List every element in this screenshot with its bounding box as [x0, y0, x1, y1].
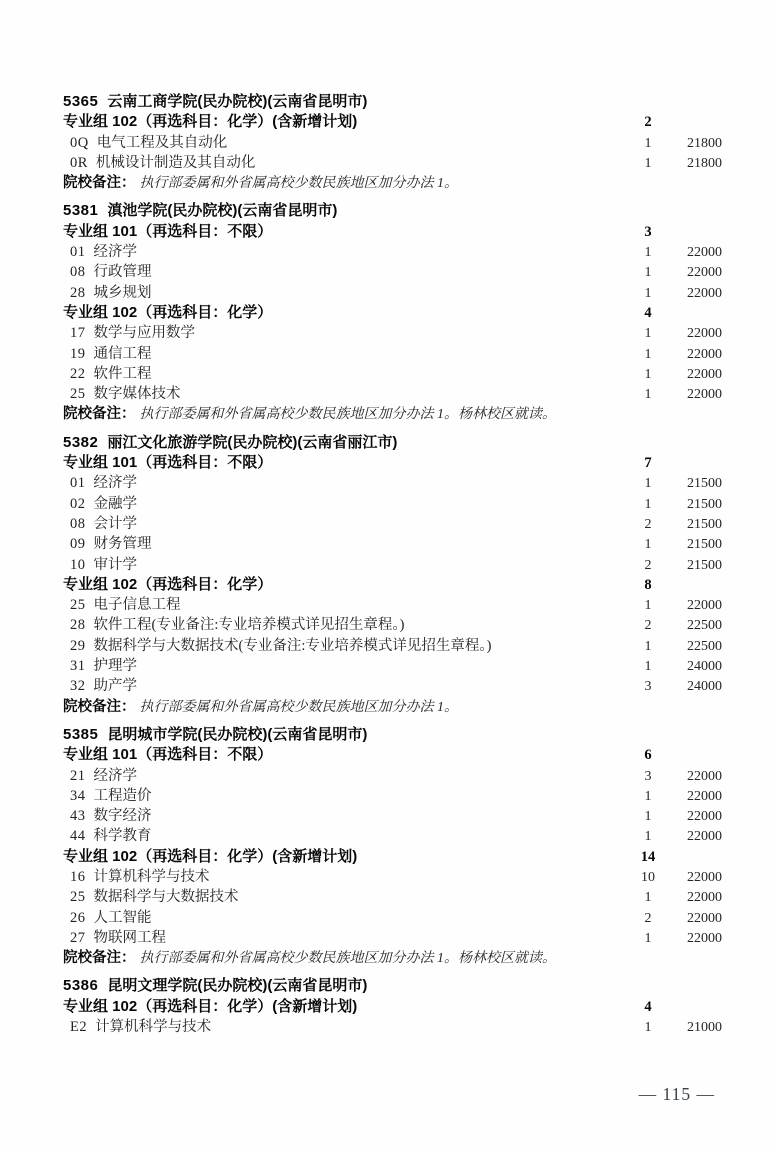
major-code: 19 — [70, 346, 86, 362]
major-row: 17数学与应用数学122000 — [63, 323, 722, 343]
major-code: 08 — [70, 264, 86, 280]
major-name-cell: 01经济学 — [63, 242, 628, 262]
major-row: 29数据科学与大数据技术(专业备注:专业培养模式详见招生章程。)122500 — [63, 636, 722, 656]
school-code: 5382 — [63, 433, 98, 453]
school-name: 丽江文化旅游学院(民办院校)(云南省丽江市) — [107, 433, 722, 453]
major-plan-count: 3 — [628, 767, 668, 787]
major-name-cell: 0Q电气工程及其自动化 — [63, 133, 628, 153]
major-name-cell: 44科学教育 — [63, 826, 628, 846]
remark-text: 执行部委属和外省属高校少数民族地区加分办法 1。 — [140, 698, 459, 718]
major-name-cell: 32助产学 — [63, 676, 628, 696]
major-name: 行政管理 — [94, 264, 152, 280]
major-name: 科学教育 — [94, 828, 152, 844]
school-name: 昆明文理学院(民办院校)(云南省昆明市) — [107, 976, 722, 996]
major-plan-count: 1 — [628, 827, 668, 847]
major-tuition-fee: 21800 — [668, 134, 722, 154]
group-plan-total: 14 — [628, 847, 668, 867]
major-code: 44 — [70, 828, 86, 844]
major-code: 28 — [70, 617, 86, 633]
group-plan-total: 7 — [628, 453, 668, 473]
major-code: 34 — [70, 788, 86, 804]
major-code: 43 — [70, 808, 86, 824]
major-plan-count: 1 — [628, 807, 668, 827]
major-tuition-fee: 22000 — [668, 243, 722, 263]
major-group-label: 专业组 101（再选科目：不限） — [63, 745, 628, 765]
major-row: 44科学教育122000 — [63, 826, 722, 846]
school-remark-row: 院校备注：执行部委属和外省属高校少数民族地区加分办法 1。 — [63, 173, 722, 193]
major-row: 09财务管理121500 — [63, 534, 722, 554]
major-tuition-fee: 21500 — [668, 535, 722, 555]
major-group-row: 专业组 102（再选科目：化学）8 — [63, 575, 722, 595]
major-name: 数据科学与大数据技术(专业备注:专业培养模式详见招生章程。) — [94, 638, 492, 654]
document-page: 5365云南工商学院(民办院校)(云南省昆明市)专业组 102（再选科目：化学）… — [0, 0, 777, 1150]
major-tuition-fee: 22000 — [668, 284, 722, 304]
major-tuition-fee: 22000 — [668, 385, 722, 405]
major-plan-count: 1 — [628, 134, 668, 154]
major-tuition-fee: 24000 — [668, 657, 722, 677]
group-plan-total: 6 — [628, 745, 668, 765]
major-row: 02金融学121500 — [63, 494, 722, 514]
major-row: 28城乡规划122000 — [63, 283, 722, 303]
major-name: 城乡规划 — [94, 285, 152, 301]
school-block: 5385昆明城市学院(民办院校)(云南省昆明市)专业组 101（再选科目：不限）… — [63, 725, 722, 969]
major-group-row: 专业组 101（再选科目：不限）3 — [63, 222, 722, 242]
major-plan-count: 1 — [628, 535, 668, 555]
major-name: 机械设计制造及其自动化 — [96, 155, 256, 171]
major-group-row: 专业组 102（再选科目：化学）(含新增计划)4 — [63, 997, 722, 1017]
major-name-cell: 34工程造价 — [63, 786, 628, 806]
major-tuition-fee: 21800 — [668, 154, 722, 174]
school-code: 5381 — [63, 201, 98, 221]
major-code: 27 — [70, 930, 86, 946]
major-row: 21经济学322000 — [63, 766, 722, 786]
major-name-cell: 17数学与应用数学 — [63, 323, 628, 343]
major-row: 0R机械设计制造及其自动化121800 — [63, 153, 722, 173]
major-row: 0Q电气工程及其自动化121800 — [63, 133, 722, 153]
major-name: 助产学 — [94, 678, 138, 694]
group-plan-total: 8 — [628, 575, 668, 595]
school-header-row: 5365云南工商学院(民办院校)(云南省昆明市) — [63, 92, 722, 112]
major-row: 32助产学324000 — [63, 676, 722, 696]
major-row: 34工程造价122000 — [63, 786, 722, 806]
school-name: 滇池学院(民办院校)(云南省昆明市) — [107, 201, 722, 221]
major-code: 02 — [70, 496, 86, 512]
major-plan-count: 1 — [628, 385, 668, 405]
page-number-text: — 115 — — [639, 1084, 715, 1104]
major-row: 19通信工程122000 — [63, 344, 722, 364]
major-code: 09 — [70, 536, 86, 552]
major-group-row: 专业组 102（再选科目：化学）4 — [63, 303, 722, 323]
major-code: 25 — [70, 889, 86, 905]
major-group-label: 专业组 102（再选科目：化学）(含新增计划) — [63, 997, 628, 1017]
major-name: 工程造价 — [94, 788, 152, 804]
major-code: 08 — [70, 516, 86, 532]
major-name: 经济学 — [94, 475, 138, 491]
school-block: 5365云南工商学院(民办院校)(云南省昆明市)专业组 102（再选科目：化学）… — [63, 92, 722, 193]
major-plan-count: 1 — [628, 596, 668, 616]
major-name: 电子信息工程 — [94, 597, 181, 613]
major-name-cell: 27物联网工程 — [63, 928, 628, 948]
major-plan-count: 1 — [628, 154, 668, 174]
remark-text: 执行部委属和外省属高校少数民族地区加分办法 1。杨林校区就读。 — [140, 949, 557, 969]
major-plan-count: 1 — [628, 345, 668, 365]
group-plan-total: 2 — [628, 112, 668, 132]
major-name-cell: 01经济学 — [63, 473, 628, 493]
major-name: 会计学 — [94, 516, 138, 532]
major-name-cell: 0R机械设计制造及其自动化 — [63, 153, 628, 173]
major-name-cell: 19通信工程 — [63, 344, 628, 364]
major-plan-count: 1 — [628, 365, 668, 385]
major-name-cell: 25数字媒体技术 — [63, 384, 628, 404]
school-remark-row: 院校备注：执行部委属和外省属高校少数民族地区加分办法 1。杨林校区就读。 — [63, 404, 722, 424]
major-plan-count: 1 — [628, 888, 668, 908]
major-code: 17 — [70, 325, 86, 341]
school-name: 昆明城市学院(民办院校)(云南省昆明市) — [107, 725, 722, 745]
major-code: 28 — [70, 285, 86, 301]
major-tuition-fee: 21500 — [668, 556, 722, 576]
remark-label: 院校备注： — [63, 173, 136, 193]
major-name: 数学与应用数学 — [94, 325, 196, 341]
major-plan-count: 2 — [628, 556, 668, 576]
major-plan-count: 1 — [628, 1018, 668, 1038]
remark-label: 院校备注： — [63, 948, 136, 968]
school-block: 5381滇池学院(民办院校)(云南省昆明市)专业组 101（再选科目：不限）30… — [63, 201, 722, 424]
major-name: 软件工程(专业备注:专业培养模式详见招生章程。) — [94, 617, 405, 633]
major-tuition-fee: 22000 — [668, 767, 722, 787]
major-plan-count: 2 — [628, 616, 668, 636]
major-name-cell: 09财务管理 — [63, 534, 628, 554]
major-tuition-fee: 22000 — [668, 365, 722, 385]
major-name: 护理学 — [94, 658, 138, 674]
major-code: 25 — [70, 597, 86, 613]
major-name: 人工智能 — [94, 910, 152, 926]
major-code: 0R — [70, 155, 88, 171]
major-plan-count: 1 — [628, 495, 668, 515]
major-row: 25数据科学与大数据技术122000 — [63, 887, 722, 907]
major-name: 金融学 — [94, 496, 138, 512]
major-plan-count: 3 — [628, 677, 668, 697]
major-group-label: 专业组 102（再选科目：化学） — [63, 303, 628, 323]
major-tuition-fee: 22000 — [668, 324, 722, 344]
major-name-cell: 28软件工程(专业备注:专业培养模式详见招生章程。) — [63, 615, 628, 635]
remark-text: 执行部委属和外省属高校少数民族地区加分办法 1。杨林校区就读。 — [140, 405, 557, 425]
major-code: 01 — [70, 244, 86, 260]
admission-plan-list: 5365云南工商学院(民办院校)(云南省昆明市)专业组 102（再选科目：化学）… — [63, 92, 722, 1037]
major-name: 经济学 — [94, 244, 138, 260]
major-code: 32 — [70, 678, 86, 694]
major-code: 01 — [70, 475, 86, 491]
major-name: 财务管理 — [94, 536, 152, 552]
group-plan-total: 4 — [628, 303, 668, 323]
major-code: 22 — [70, 366, 86, 382]
major-name-cell: 02金融学 — [63, 494, 628, 514]
major-tuition-fee: 22000 — [668, 888, 722, 908]
major-plan-count: 2 — [628, 515, 668, 535]
major-name-cell: 16计算机科学与技术 — [63, 867, 628, 887]
major-name: 物联网工程 — [94, 930, 167, 946]
remark-label: 院校备注： — [63, 697, 136, 717]
major-plan-count: 10 — [628, 868, 668, 888]
major-tuition-fee: 21500 — [668, 474, 722, 494]
major-row: 27物联网工程122000 — [63, 928, 722, 948]
major-plan-count: 2 — [628, 909, 668, 929]
school-block: 5382丽江文化旅游学院(民办院校)(云南省丽江市)专业组 101（再选科目：不… — [63, 433, 722, 717]
major-group-row: 专业组 101（再选科目：不限）6 — [63, 745, 722, 765]
major-group-label: 专业组 102（再选科目：化学）(含新增计划) — [63, 112, 628, 132]
major-name-cell: 26人工智能 — [63, 908, 628, 928]
major-code: 25 — [70, 386, 86, 402]
school-header-row: 5381滇池学院(民办院校)(云南省昆明市) — [63, 201, 722, 221]
major-row: 25电子信息工程122000 — [63, 595, 722, 615]
major-name: 计算机科学与技术 — [94, 869, 210, 885]
school-code: 5385 — [63, 725, 98, 745]
school-header-row: 5385昆明城市学院(民办院校)(云南省昆明市) — [63, 725, 722, 745]
group-plan-total: 3 — [628, 222, 668, 242]
major-name: 计算机科学与技术 — [95, 1019, 211, 1035]
major-row: 08行政管理122000 — [63, 262, 722, 282]
major-tuition-fee: 21500 — [668, 495, 722, 515]
major-tuition-fee: 22500 — [668, 616, 722, 636]
major-row: 31护理学124000 — [63, 656, 722, 676]
major-row: 16计算机科学与技术1022000 — [63, 867, 722, 887]
major-name: 数字经济 — [94, 808, 152, 824]
school-code: 5365 — [63, 92, 98, 112]
major-name-cell: 10审计学 — [63, 555, 628, 575]
major-row: 28软件工程(专业备注:专业培养模式详见招生章程。)222500 — [63, 615, 722, 635]
remark-text: 执行部委属和外省属高校少数民族地区加分办法 1。 — [140, 174, 459, 194]
major-name-cell: E2计算机科学与技术 — [63, 1017, 628, 1037]
major-tuition-fee: 22000 — [668, 345, 722, 365]
major-tuition-fee: 22000 — [668, 787, 722, 807]
major-tuition-fee: 22000 — [668, 263, 722, 283]
major-tuition-fee: 22000 — [668, 868, 722, 888]
major-plan-count: 1 — [628, 243, 668, 263]
major-name-cell: 25电子信息工程 — [63, 595, 628, 615]
major-row: 01经济学121500 — [63, 473, 722, 493]
major-row: 25数字媒体技术122000 — [63, 384, 722, 404]
major-code: 10 — [70, 557, 86, 573]
major-tuition-fee: 22000 — [668, 909, 722, 929]
major-plan-count: 1 — [628, 474, 668, 494]
major-row: 01经济学122000 — [63, 242, 722, 262]
major-group-label: 专业组 102（再选科目：化学） — [63, 575, 628, 595]
major-tuition-fee: 22000 — [668, 807, 722, 827]
major-plan-count: 1 — [628, 263, 668, 283]
school-remark-row: 院校备注：执行部委属和外省属高校少数民族地区加分办法 1。 — [63, 697, 722, 717]
major-code: 26 — [70, 910, 86, 926]
major-group-row: 专业组 101（再选科目：不限）7 — [63, 453, 722, 473]
major-tuition-fee: 22000 — [668, 827, 722, 847]
major-name-cell: 21经济学 — [63, 766, 628, 786]
school-block: 5386昆明文理学院(民办院校)(云南省昆明市)专业组 102（再选科目：化学）… — [63, 976, 722, 1037]
group-plan-total: 4 — [628, 997, 668, 1017]
school-remark-row: 院校备注：执行部委属和外省属高校少数民族地区加分办法 1。杨林校区就读。 — [63, 948, 722, 968]
major-plan-count: 1 — [628, 787, 668, 807]
major-name-cell: 28城乡规划 — [63, 283, 628, 303]
major-name: 数据科学与大数据技术 — [94, 889, 239, 905]
major-row: 43数字经济122000 — [63, 806, 722, 826]
major-tuition-fee: 22000 — [668, 596, 722, 616]
major-name-cell: 29数据科学与大数据技术(专业备注:专业培养模式详见招生章程。) — [63, 636, 628, 656]
school-header-row: 5386昆明文理学院(民办院校)(云南省昆明市) — [63, 976, 722, 996]
major-plan-count: 1 — [628, 657, 668, 677]
major-tuition-fee: 24000 — [668, 677, 722, 697]
major-row: 10审计学221500 — [63, 555, 722, 575]
school-code: 5386 — [63, 976, 98, 996]
major-group-row: 专业组 102（再选科目：化学）(含新增计划)2 — [63, 112, 722, 132]
major-name: 经济学 — [94, 768, 138, 784]
major-name: 电气工程及其自动化 — [97, 135, 228, 151]
remark-label: 院校备注： — [63, 404, 136, 424]
major-tuition-fee: 22000 — [668, 929, 722, 949]
major-plan-count: 1 — [628, 284, 668, 304]
major-name: 软件工程 — [94, 366, 152, 382]
major-code: 31 — [70, 658, 86, 674]
school-header-row: 5382丽江文化旅游学院(民办院校)(云南省丽江市) — [63, 433, 722, 453]
major-name-cell: 22软件工程 — [63, 364, 628, 384]
major-name-cell: 43数字经济 — [63, 806, 628, 826]
major-row: 22软件工程122000 — [63, 364, 722, 384]
major-code: 0Q — [70, 135, 89, 151]
major-name-cell: 08行政管理 — [63, 262, 628, 282]
major-group-label: 专业组 101（再选科目：不限） — [63, 453, 628, 473]
major-row: 26人工智能222000 — [63, 908, 722, 928]
major-plan-count: 1 — [628, 929, 668, 949]
major-group-label: 专业组 101（再选科目：不限） — [63, 222, 628, 242]
major-tuition-fee: 21000 — [668, 1018, 722, 1038]
major-tuition-fee: 21500 — [668, 515, 722, 535]
major-tuition-fee: 22500 — [668, 637, 722, 657]
major-plan-count: 1 — [628, 637, 668, 657]
major-name: 通信工程 — [94, 346, 152, 362]
major-row: E2计算机科学与技术121000 — [63, 1017, 722, 1037]
major-row: 08会计学221500 — [63, 514, 722, 534]
major-code: 21 — [70, 768, 86, 784]
major-code: 29 — [70, 638, 86, 654]
major-name-cell: 08会计学 — [63, 514, 628, 534]
major-code: 16 — [70, 869, 86, 885]
school-name: 云南工商学院(民办院校)(云南省昆明市) — [107, 92, 722, 112]
page-number: — 115 — — [639, 1084, 715, 1105]
major-name: 数字媒体技术 — [94, 386, 181, 402]
major-name: 审计学 — [94, 557, 138, 573]
major-group-label: 专业组 102（再选科目：化学）(含新增计划) — [63, 847, 628, 867]
major-plan-count: 1 — [628, 324, 668, 344]
major-code: E2 — [70, 1019, 87, 1035]
major-group-row: 专业组 102（再选科目：化学）(含新增计划)14 — [63, 847, 722, 867]
major-name-cell: 25数据科学与大数据技术 — [63, 887, 628, 907]
major-name-cell: 31护理学 — [63, 656, 628, 676]
